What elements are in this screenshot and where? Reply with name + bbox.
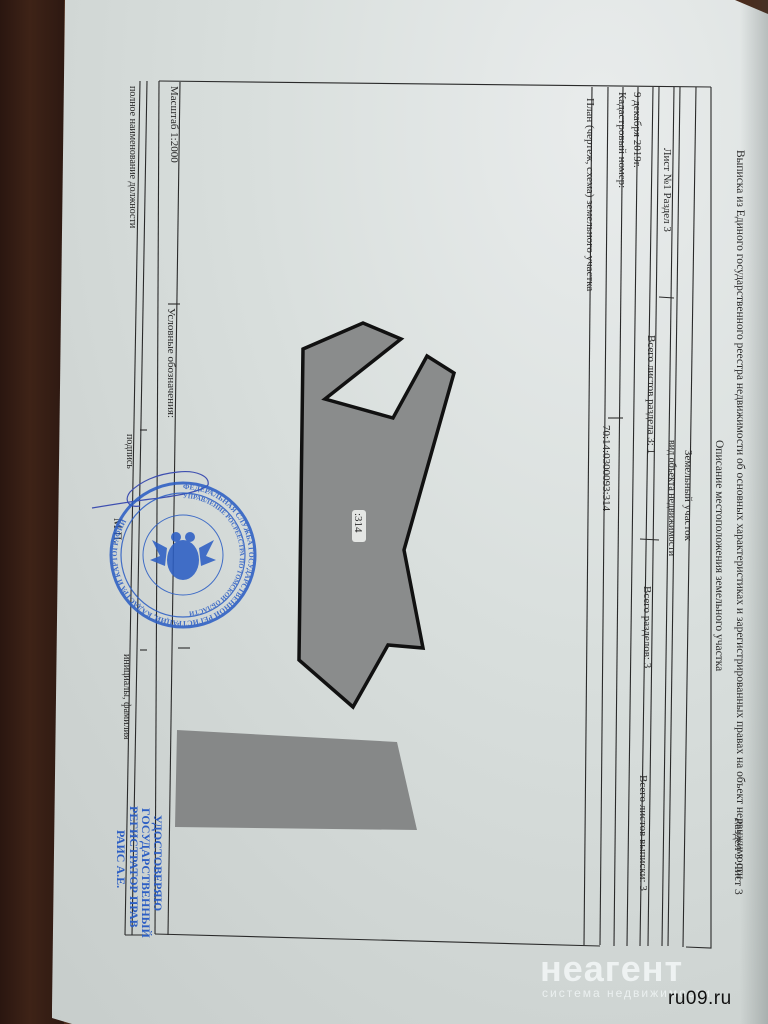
signature-label: подпись — [124, 434, 135, 469]
parcel-label: :314 — [352, 513, 364, 533]
eagle-emblem-icon — [150, 532, 216, 580]
section-sheet-label: Раздел 3 Лист 3 — [732, 818, 744, 895]
legend-label: Условные обозначения: — [165, 308, 177, 418]
svg-text:РЕГИСТРАТОР ПРАВ: РЕГИСТРАТОР ПРАВ — [127, 806, 141, 928]
header-title: Выписка из Единого государственного реес… — [734, 150, 746, 879]
object-type-value: Земельный участок — [682, 450, 694, 542]
cadastral-number: 70:14:0300093:314 — [600, 425, 612, 512]
position-label: полное наименование должности — [127, 86, 138, 229]
initials-label: инициалы, фамилия — [121, 654, 132, 740]
subtitle: Описание местоположения земельного участ… — [713, 440, 725, 671]
document-photo: Выписка из Единого государственного реес… — [0, 0, 768, 1024]
redacted-area — [175, 730, 417, 830]
watermark-site: ru09.ru — [668, 988, 732, 1010]
scale-label: Масштаб 1:2000 — [168, 86, 180, 163]
sheet-section-label: Лист №1 Раздел 3 — [661, 148, 673, 232]
object-type-label: вид объекта недвижимости — [666, 440, 677, 557]
svg-text:РАИС А.Е.: РАИС А.Е. — [114, 830, 128, 888]
total-sheets-section: Всего листов раздела 3: 1 — [645, 335, 657, 454]
watermark-logo: неагент — [540, 948, 683, 990]
extract-form: Выписка из Единого государственного реес… — [0, 0, 768, 1024]
total-sheets-extract: Всего листов выписки: 3 — [637, 775, 649, 891]
registrar-stamp: УДОСТОВЕРЯЮ ГОСУДАРСТВЕННЫЙ РЕГИСТРАТОР … — [114, 806, 165, 938]
cadastral-label: Кадастровый номер: — [616, 92, 628, 188]
plan-label: План (чертеж, схема) земельного участка — [584, 98, 596, 291]
total-sections: Всего разделов: 3 — [641, 586, 653, 669]
land-parcel-314[interactable] — [299, 323, 454, 707]
date-label: 9 декабря 2019г. — [631, 92, 643, 168]
